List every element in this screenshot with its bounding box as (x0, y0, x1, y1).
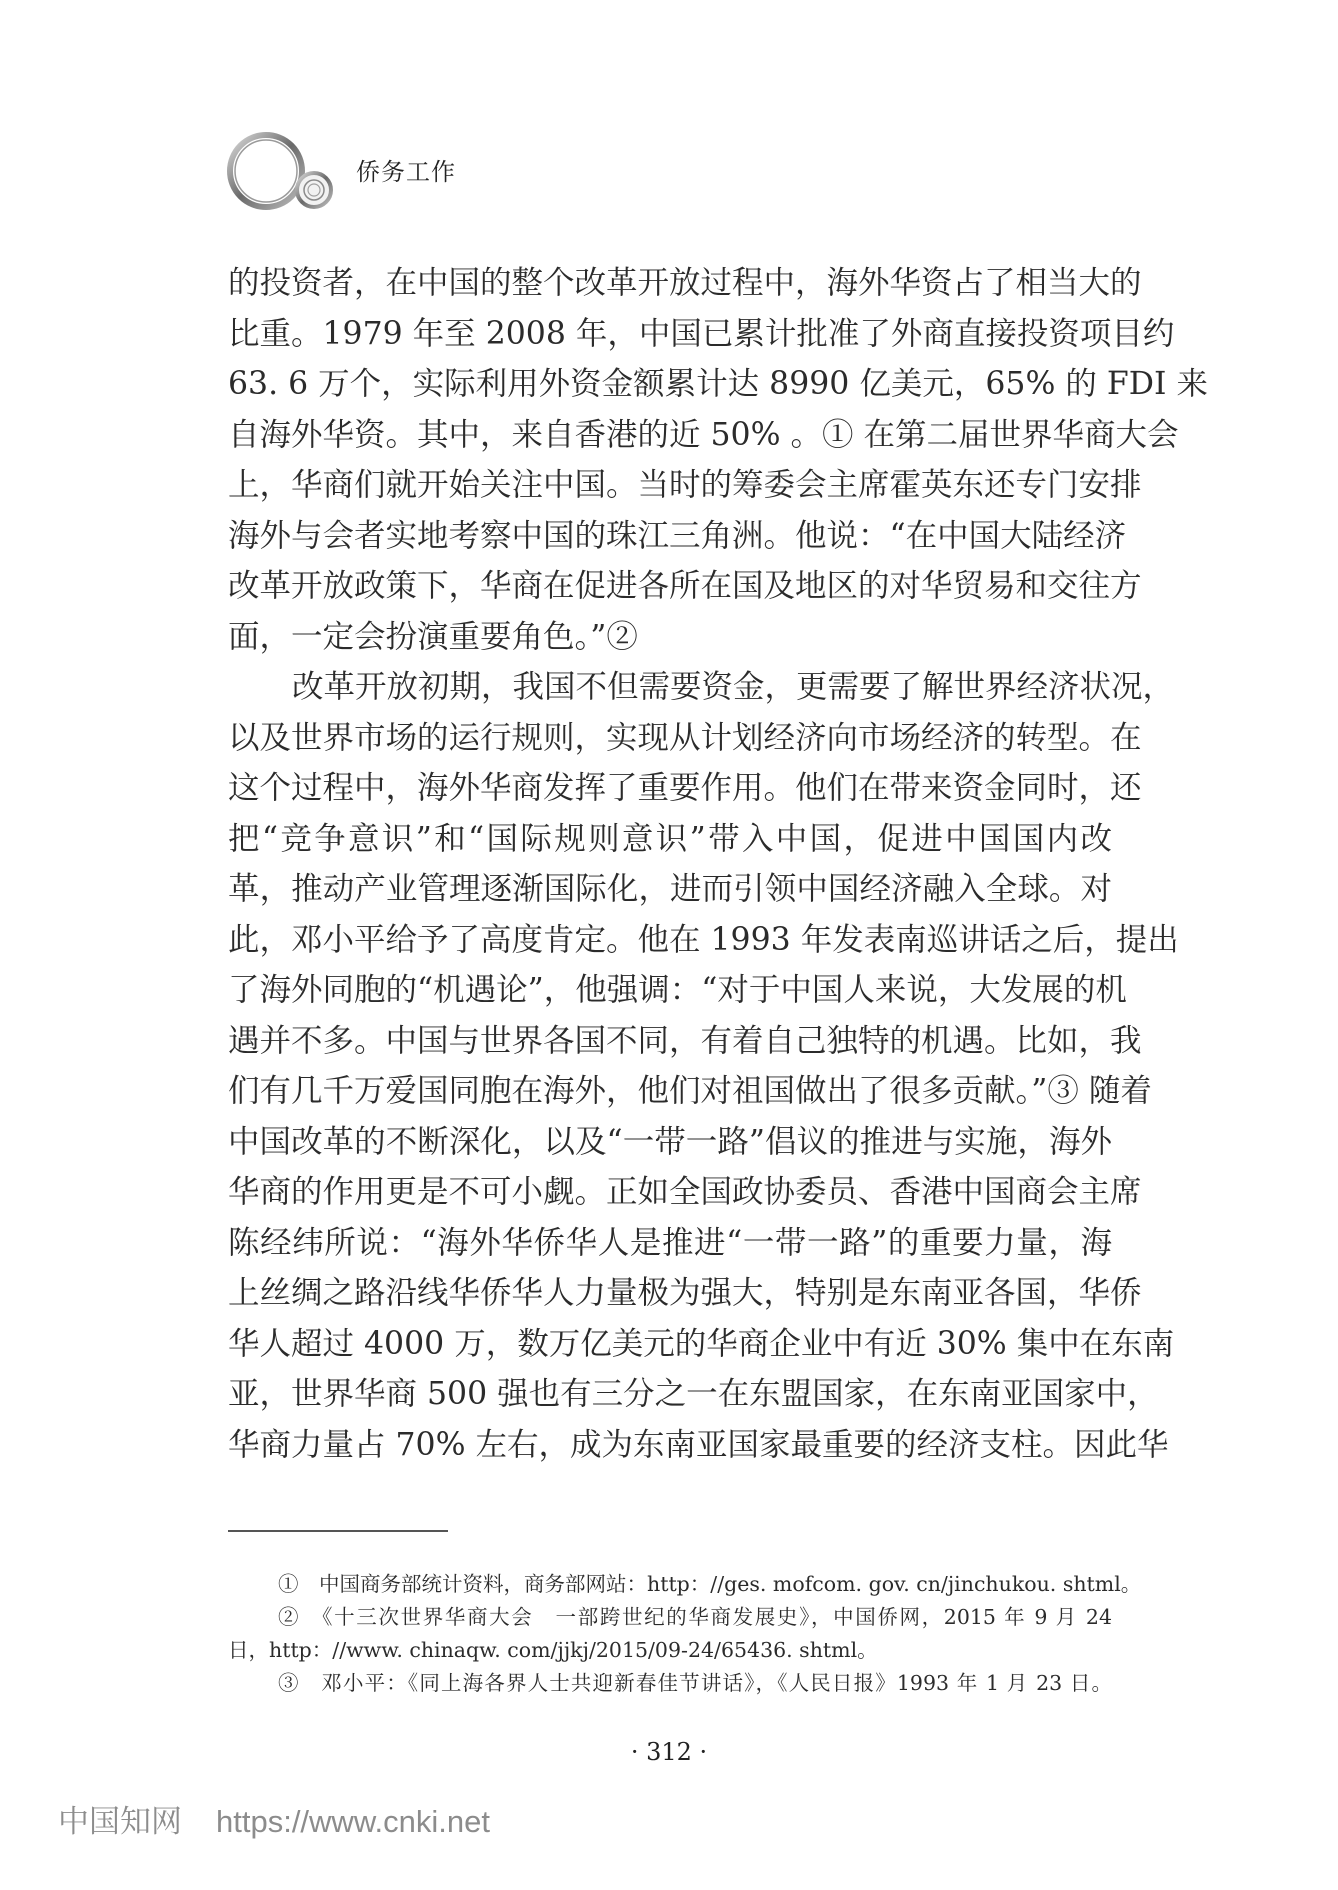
body-line: 以及世界市场的运行规则，实现从计划经济向市场经济的转型。在 (228, 713, 1112, 764)
body-text: 的投资者，在中国的整个改革开放过程中，海外华资占了相当大的 比重。1979 年至… (228, 258, 1112, 1470)
body-line: 华商力量占 70% 左右，成为东南亚国家最重要的经济支柱。因此华 (228, 1420, 1112, 1471)
body-line: 中国改革的不断深化，以及“一带一路”倡议的推进与实施，海外 (228, 1117, 1112, 1168)
body-line: 上，华商们就开始关注中国。当时的筹委会主席霍英东还专门安排 (228, 460, 1112, 511)
body-line: 革，推动产业管理逐渐国际化，进而引领中国经济融入全球。对 (228, 864, 1112, 915)
watermark-url[interactable]: https://www.cnki.net (216, 1804, 490, 1839)
body-line: 改革开放政策下，华商在促进各所在国及地区的对华贸易和交往方 (228, 561, 1112, 612)
body-line: 这个过程中，海外华商发挥了重要作用。他们在带来资金同时，还 (228, 763, 1112, 814)
body-line: 63. 6 万个，实际利用外资金额累计达 8990 亿美元，65% 的 FDI … (228, 359, 1112, 410)
watermark-brand: 中国知网 (58, 1804, 182, 1839)
running-header: 侨务工作 (226, 128, 726, 218)
body-line: 海外与会者实地考察中国的珠江三角洲。他说：“在中国大陆经济 (228, 511, 1112, 562)
double-ring-logo-icon (226, 128, 366, 218)
body-line: 了海外同胞的“机遇论”，他强调：“对于中国人来说，大发展的机 (228, 965, 1112, 1016)
footnote-3: ③ 邓小平：《同上海各界人士共迎新春佳节讲话》，《人民日报》1993 年 1 月… (228, 1667, 1112, 1700)
body-line: 华商的作用更是不可小觑。正如全国政协委员、香港中国商会主席 (228, 1167, 1112, 1218)
footnotes: ① 中国商务部统计资料，商务部网站：http：//ges. mofcom. go… (228, 1568, 1112, 1700)
body-line: 们有几千万爱国同胞在海外，他们对祖国做出了很多贡献。”③ 随着 (228, 1066, 1112, 1117)
body-line: 比重。1979 年至 2008 年，中国已累计批准了外商直接投资项目约 (228, 309, 1112, 360)
body-line: 改革开放初期，我国不但需要资金，更需要了解世界经济状况， (228, 662, 1112, 713)
footnote-2-continued: 日，http：//www. chinaqw. com/jjkj/2015/09-… (228, 1634, 1112, 1667)
footnote-1: ① 中国商务部统计资料，商务部网站：http：//ges. mofcom. go… (228, 1568, 1112, 1601)
footnote-divider (228, 1530, 448, 1532)
watermark: 中国知网https://www.cnki.net (58, 1796, 490, 1841)
body-line: 遇并不多。中国与世界各国不同，有着自己独特的机遇。比如，我 (228, 1016, 1112, 1067)
body-line: 此，邓小平给予了高度肯定。他在 1993 年发表南巡讲话之后，提出 (228, 915, 1112, 966)
section-title: 侨务工作 (356, 152, 456, 187)
body-line: 上丝绸之路沿线华侨华人力量极为强大，特别是东南亚各国，华侨 (228, 1268, 1112, 1319)
body-line: 的投资者，在中国的整个改革开放过程中，海外华资占了相当大的 (228, 258, 1112, 309)
body-line: 面，一定会扮演重要角色。”② (228, 612, 1112, 663)
body-line: 自海外华资。其中，来自香港的近 50% 。① 在第二届世界华商大会 (228, 410, 1112, 461)
body-line: 陈经纬所说：“海外华侨华人是推进“一带一路”的重要力量，海 (228, 1218, 1112, 1269)
footnote-2: ② 《十三次世界华商大会 一部跨世纪的华商发展史》，中国侨网，2015 年 9 … (228, 1601, 1112, 1634)
body-line: 把“竞争意识”和“国际规则意识”带入中国，促进中国国内改 (228, 814, 1112, 865)
page-number: · 312 · (0, 1738, 1338, 1766)
body-line: 华人超过 4000 万，数万亿美元的华商企业中有近 30% 集中在东南 (228, 1319, 1112, 1370)
body-line: 亚，世界华商 500 强也有三分之一在东盟国家，在东南亚国家中， (228, 1369, 1112, 1420)
